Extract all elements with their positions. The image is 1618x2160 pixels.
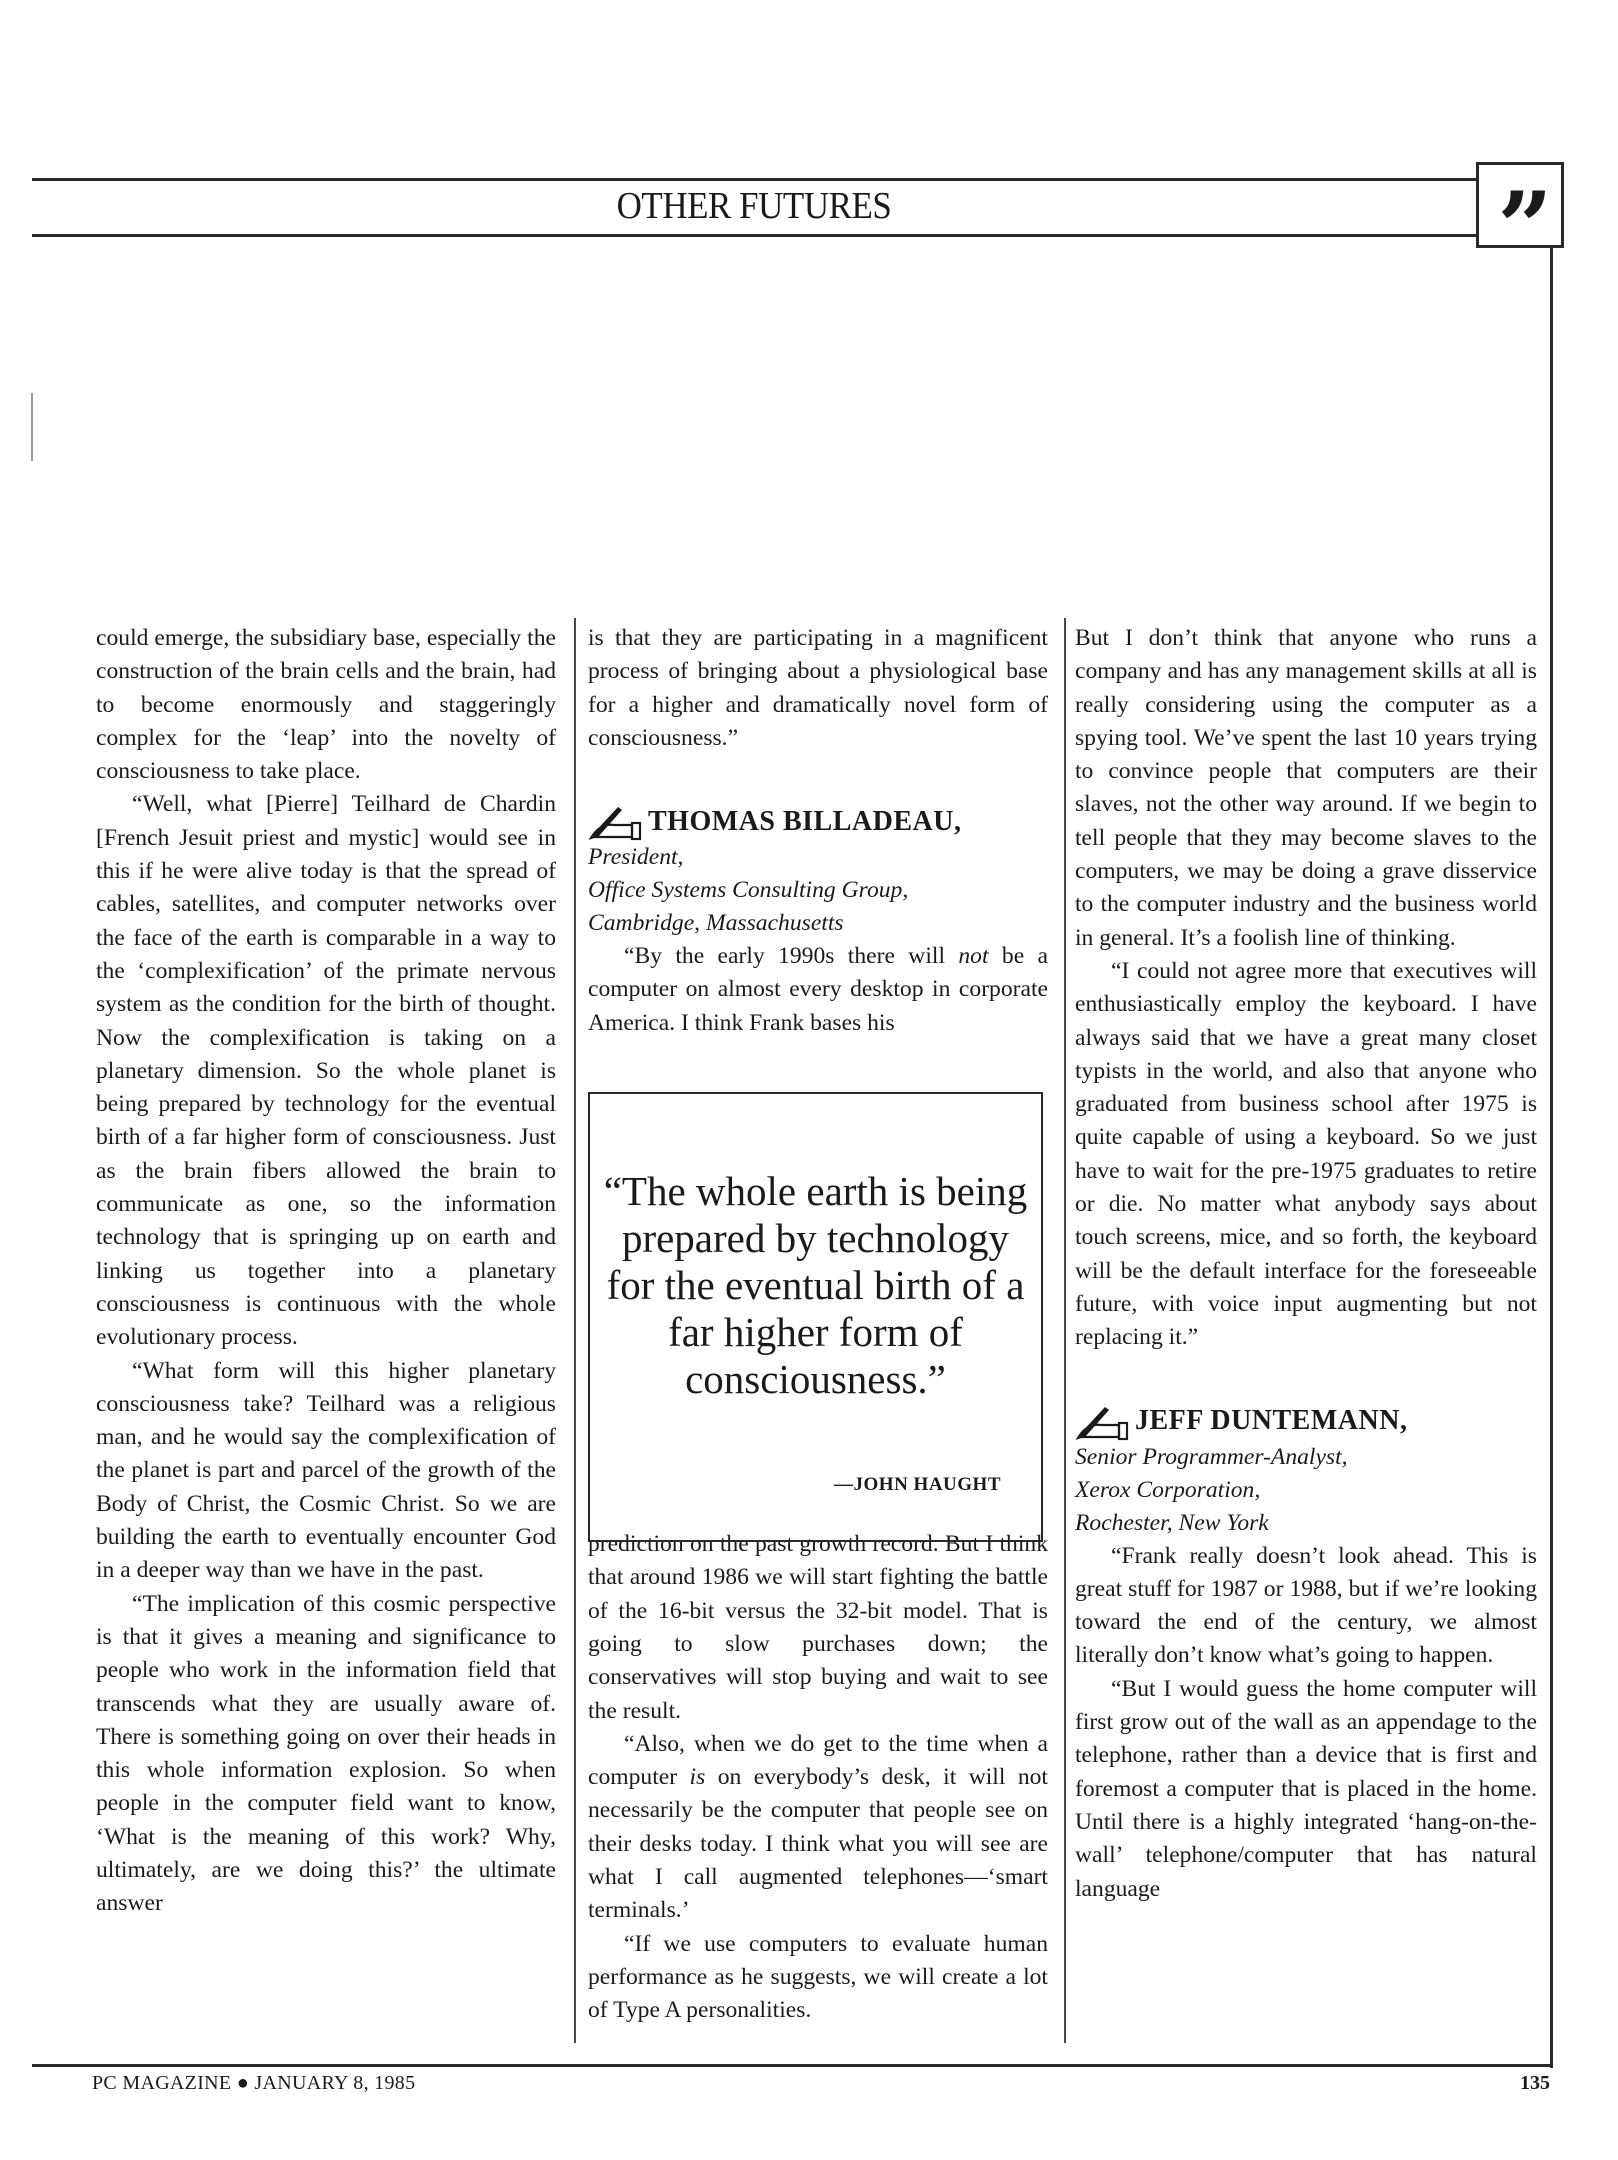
byline-jeff-duntemann: JEFF DUNTEMANN, Senior Programmer-Analys… (1075, 1401, 1537, 1540)
page-number: 135 (1520, 2072, 1550, 2095)
paragraph: “But I would guess the home computer wil… (1075, 1673, 1537, 1906)
page-border-right (1550, 248, 1553, 2068)
publication-info: PC MAGAZINE ● JANUARY 8, 1985 (92, 2072, 415, 2095)
byline-name: JEFF DUNTEMANN, (1075, 1401, 1537, 1441)
paragraph: “Frank really doesn’t look ahead. This i… (1075, 1540, 1537, 1673)
section-title: OTHER FUTURES (90, 184, 1418, 228)
paragraph: “Well, what [Pierre] Teilhard de Char­di… (96, 788, 556, 1354)
byline-location: Cambridge, Massachusetts (588, 907, 1048, 940)
paragraph: But I don’t think that anyone who runs a… (1075, 622, 1537, 955)
byline-name: THOMAS BILLADEAU, (588, 801, 1048, 841)
emphasis: not (958, 943, 988, 969)
writing-hand-icon (588, 801, 644, 841)
quotation-mark-icon: ” (1497, 180, 1542, 276)
emphasis: is (690, 1764, 706, 1790)
byline-title: Senior Programmer-Analyst, (1075, 1441, 1537, 1474)
byline-organization: Xerox Corporation, (1075, 1474, 1537, 1507)
byline-organization: Office Systems Consulting Group, (588, 874, 1048, 907)
pull-quote-attribution: —JOHN HAUGHT (834, 1474, 1001, 1496)
byline-title: President, (588, 841, 1048, 874)
paragraph: “If we use computers to evaluate human p… (588, 1928, 1048, 2028)
article-column-3: But I don’t think that anyone who runs a… (1075, 622, 1537, 1906)
paragraph: “What form will this higher planetary co… (96, 1355, 556, 1588)
writing-hand-icon (1075, 1401, 1131, 1441)
footer-rule (32, 2064, 1553, 2067)
paragraph: “By the early 1990s there will not be a … (588, 940, 1048, 1040)
column-divider (574, 618, 576, 2043)
byline-name-text: JEFF DUNTEMANN, (1135, 1404, 1407, 1437)
paragraph: “I could not agree more that executives … (1075, 955, 1537, 1355)
pull-quote-text: “The whole earth is being prepared by te… (600, 1168, 1031, 1403)
pull-quote-box: “The whole earth is being prepared by te… (588, 1092, 1043, 1542)
paragraph: is that they are participating in a magn… (588, 622, 1048, 755)
column-divider (1064, 618, 1066, 2043)
scan-margin-mark (31, 393, 33, 461)
quote-mark-box: ” (1476, 162, 1564, 248)
byline-name-text: THOMAS BILLADEAU, (648, 805, 961, 838)
paragraph: could emerge, the subsidiary base, espe­… (96, 622, 556, 788)
text-run: “By the early 1990s there will (624, 943, 958, 969)
paragraph: prediction on the past growth record. Bu… (588, 1528, 1048, 1728)
header-rule-top (32, 178, 1476, 181)
byline-thomas-billadeau: THOMAS BILLADEAU, President, Office Syst… (588, 801, 1048, 940)
paragraph: “The implication of this cosmic per­spec… (96, 1588, 556, 1921)
article-column-1: could emerge, the subsidiary base, espe­… (96, 622, 556, 1921)
byline-location: Rochester, New York (1075, 1507, 1537, 1540)
paragraph: “Also, when we do get to the time when a… (588, 1728, 1048, 1928)
header-rule-bottom (32, 234, 1476, 237)
